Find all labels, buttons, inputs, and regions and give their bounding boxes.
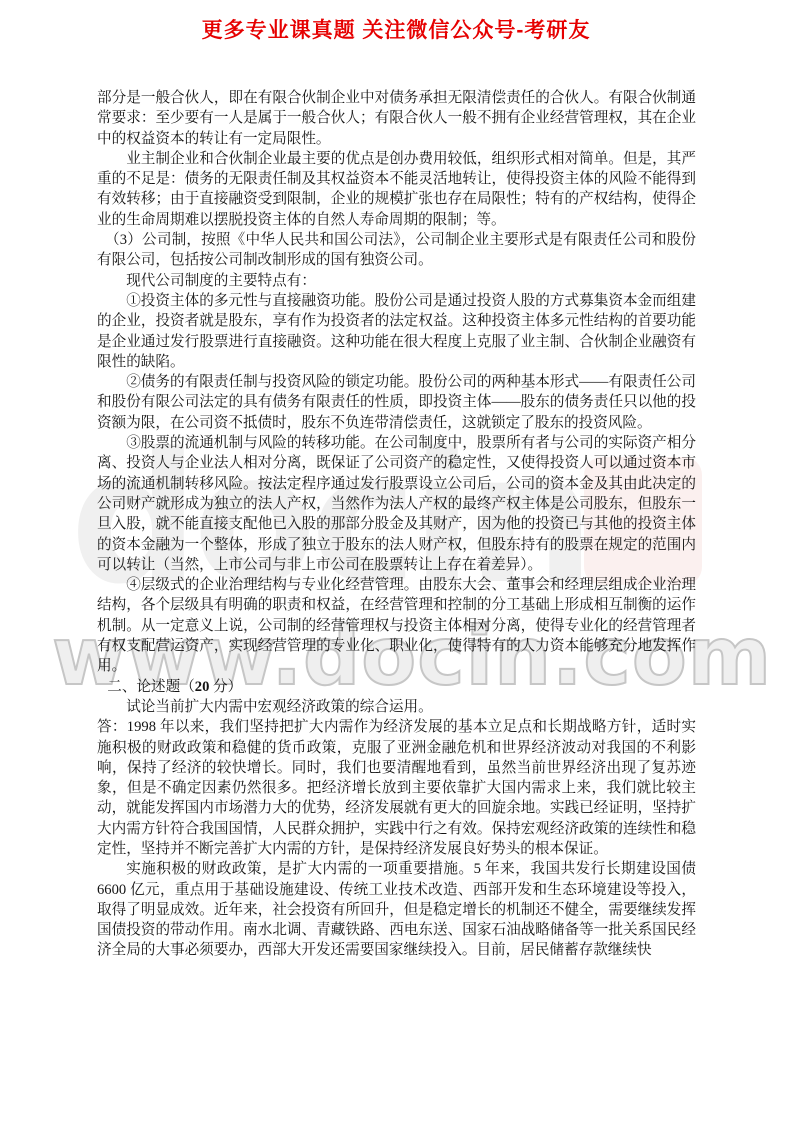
paragraph: 现代公司制度的主要特点有： (97, 271, 696, 291)
answer-paragraph: 实施积极的财政政策，是扩大内需的一项重要措施。5 年来，我国共发行长期建设国债 … (97, 859, 696, 960)
promo-header: 更多专业课真题 关注微信公众号-考研友 (0, 14, 792, 44)
answer-paragraph: 答：1998 年以来，我们坚持把扩大内需作为经济发展的基本立足点和长期战略方针，… (97, 717, 696, 859)
paragraph: 业主制企业和合伙制企业最主要的优点是创办费用较低，组织形式相对简单。但是，其严重… (97, 149, 696, 230)
section-title-text: 二、论述题（ (107, 679, 195, 695)
paragraph: ④层级式的企业治理结构与专业化经营管理。由股东大会、董事会和经理层组成企业治理结… (97, 575, 696, 676)
document-page: 更多专业课真题 关注微信公众号-考研友 docin www.docin.com … (0, 0, 792, 1122)
score-value: 20 (195, 679, 210, 695)
document-body: 部分是一般合伙人，即在有限合伙制企业中对债务承担无限清偿责任的合伙人。有限合伙制… (97, 88, 696, 961)
question-text: 试论当前扩大内需中宏观经济政策的综合运用。 (97, 697, 696, 717)
paragraph: ②债务的有限责任制与投资风险的锁定功能。股份公司的两种基本形式——有限责任公司和… (97, 372, 696, 433)
section-title-text: 分） (209, 679, 242, 695)
section-title: 二、论述题（20 分） (97, 677, 696, 697)
paragraph: ③股票的流通机制与风险的转移功能。在公司制度中，股票所有者与公司的实际资产相分离… (97, 433, 696, 575)
paragraph: （3）公司制，按照《中华人民共和国公司法》，公司制企业主要形式是有限责任公司和股… (97, 230, 696, 271)
paragraph: 部分是一般合伙人，即在有限合伙制企业中对债务承担无限清偿责任的合伙人。有限合伙制… (97, 88, 696, 149)
paragraph: ①投资主体的多元性与直接融资功能。股份公司是通过投资人股的方式募集资本金而组建的… (97, 291, 696, 372)
